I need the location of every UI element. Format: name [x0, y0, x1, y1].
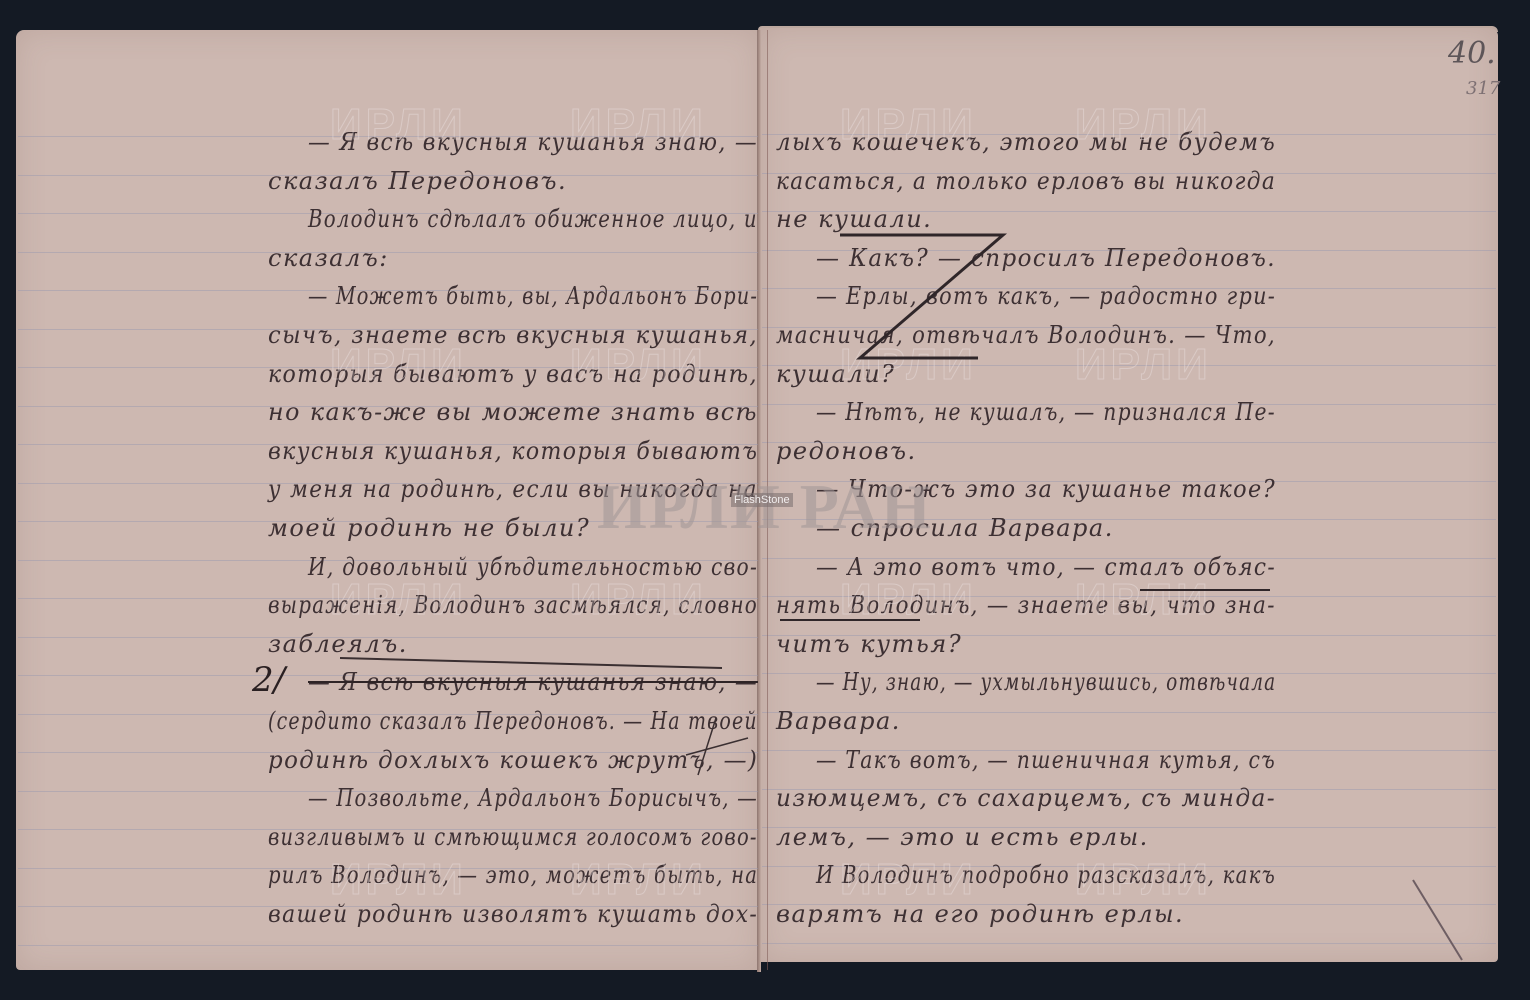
ruled-line — [762, 943, 1496, 944]
folio-number: 40. — [1448, 36, 1496, 71]
irli-watermark: ИРЛИ — [840, 855, 977, 905]
manuscript-line: читъ кутья? — [776, 630, 962, 658]
ruled-line — [18, 945, 758, 946]
manuscript-line: касаться, а только ерловъ вы никогда — [776, 167, 1276, 195]
manuscript-line: редоновъ. — [776, 437, 917, 465]
manuscript-line: не кушали. — [776, 205, 932, 233]
irli-watermark: ИРЛИ — [330, 575, 467, 625]
manuscript-line: — Ну, знаю, — ухмыльнувшись, отвѣчала — [816, 668, 1276, 696]
margin-insertion-mark: 2/ — [252, 660, 285, 700]
manuscript-line: — Ерлы, вотъ какъ, — радостно гри- — [816, 282, 1276, 310]
irli-watermark: ИРЛИ — [570, 575, 707, 625]
irli-watermark: ИРЛИ — [1075, 575, 1212, 625]
manuscript-line: моей родинѣ не были? — [268, 514, 590, 542]
irli-watermark: ИРЛИ — [570, 100, 707, 150]
irli-watermark: ИРЛИ — [1075, 340, 1212, 390]
manuscript-line: — Такъ вотъ, — пшеничная кутья, съ — [816, 746, 1276, 774]
manuscript-line: Варвара. — [776, 707, 901, 735]
manuscript-line: изюмцемъ, съ сахарцемъ, съ минда- — [776, 784, 1276, 812]
manuscript-line: визгливымъ и смѣющимся голосомъ гово- — [268, 823, 758, 851]
center-watermark: ИРЛИ РАН — [597, 470, 933, 544]
irli-watermark: ИРЛИ — [570, 855, 707, 905]
manuscript-line: (сердито сказалъ Передоновъ. — На твоей — [268, 707, 758, 735]
irli-watermark: ИРЛИ — [840, 340, 977, 390]
irli-watermark: ИРЛИ — [570, 340, 707, 390]
irli-watermark: ИРЛИ — [840, 575, 977, 625]
manuscript-line: сказалъ Передоновъ. — [268, 167, 567, 195]
manuscript-line: Володинъ сдѣлалъ обиженное лицо, и — [308, 205, 758, 233]
manuscript-line: лемъ, — это и есть ерлы. — [776, 823, 1149, 851]
manuscript-line: но какъ-же вы можете знать всѣ — [268, 398, 758, 426]
manuscript-line: заблеялъ. — [268, 630, 408, 658]
manuscript-line: вкусныя кушанья, которыя бываютъ — [268, 437, 758, 465]
flashstone-stamp: FlashStone — [731, 493, 793, 507]
manuscript-line: — Я всѣ вкусныя кушанья знаю, — — [308, 668, 758, 696]
manuscript-line: — Нѣтъ, не кушалъ, — признался Пе- — [816, 398, 1276, 426]
irli-watermark: ИРЛИ — [840, 100, 977, 150]
archive-number: 317 — [1466, 78, 1500, 99]
manuscript-line: — Позвольте, Ардальонъ Борисычъ, — — [308, 784, 758, 812]
irli-watermark: ИРЛИ — [330, 855, 467, 905]
manuscript-line: — Можетъ быть, вы, Ардальонъ Бори- — [308, 282, 758, 310]
irli-watermark: ИРЛИ — [330, 100, 467, 150]
manuscript-line: сказалъ: — [268, 244, 389, 272]
irli-watermark: ИРЛИ — [330, 340, 467, 390]
manuscript-line: родинѣ дохлыхъ кошекъ жрутъ, —) — [268, 746, 758, 774]
manuscript-line: — Какъ? — спросилъ Передоновъ. — [816, 244, 1276, 272]
irli-watermark: ИРЛИ — [1075, 100, 1212, 150]
irli-watermark: ИРЛИ — [1075, 855, 1212, 905]
